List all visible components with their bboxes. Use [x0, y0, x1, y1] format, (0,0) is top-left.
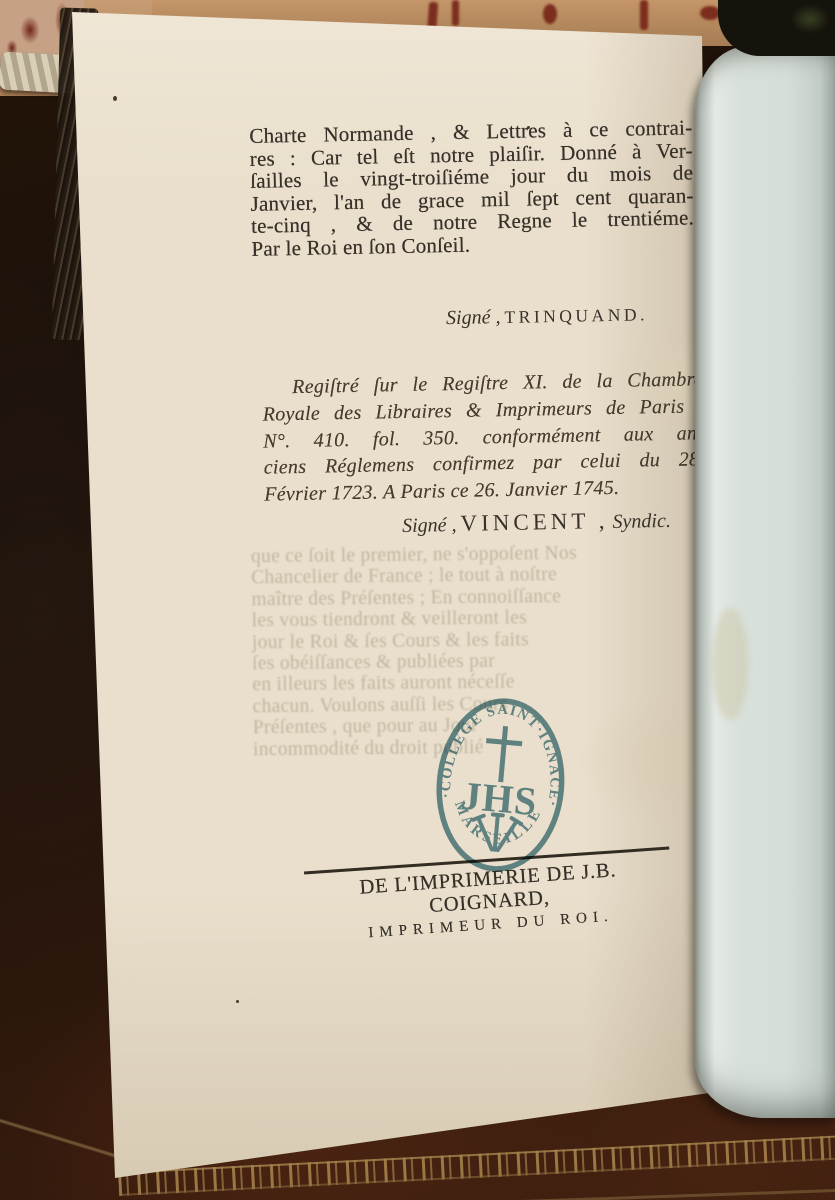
signature-trinquand: Signé , TRINQUAND.	[252, 303, 648, 334]
gilt-border-lower	[430, 1189, 835, 1200]
cover-corner-tint	[790, 4, 830, 34]
signatory-name: VINCENT ,	[460, 508, 608, 536]
paper-speck	[113, 96, 117, 101]
signed-label: Signé ,	[446, 306, 501, 329]
red-leather-streak	[452, 0, 459, 26]
gilt-cover-edge	[0, 1119, 126, 1160]
red-leather-streak	[543, 4, 557, 24]
signature-vincent: Signé , VINCENT , Syndic.	[256, 507, 671, 541]
signatory-name: TRINQUAND.	[504, 304, 648, 327]
book-photograph: que ce ſoit le premier, ne s'oppoſent No…	[0, 0, 835, 1200]
signed-label: Signé ,	[402, 514, 457, 537]
decree-paragraph: Charte Normande , & Lettres à ce contrai…	[249, 116, 695, 260]
signatory-title: Syndic.	[612, 510, 671, 533]
blue-facing-leaf	[695, 46, 835, 1118]
paper-speck	[236, 1000, 239, 1003]
library-stamp: ·COLLEGE SAINT·IGNACE· MARSEILLE JHS	[412, 683, 589, 896]
red-leather-streak	[700, 6, 720, 20]
red-leather-streak	[640, 0, 648, 30]
register-paragraph: Regiſtré ſur le Regiſtre XI. de la Chamb…	[262, 366, 705, 508]
leaf-stain	[712, 608, 748, 720]
